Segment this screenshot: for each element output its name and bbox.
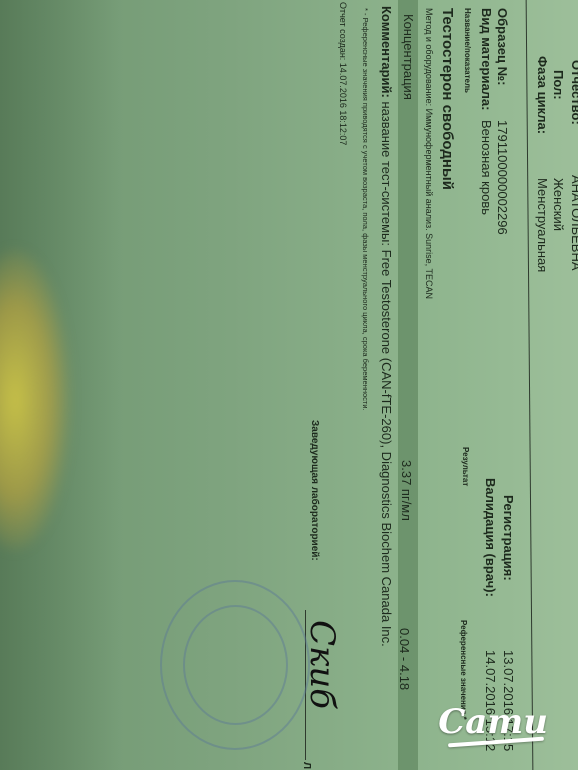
sample-number-label: Образец №: xyxy=(495,8,510,85)
signature-label: Заведующая лабораторией: xyxy=(309,420,320,561)
col-result-header: Результат xyxy=(461,447,470,486)
stamp-inner xyxy=(183,605,288,725)
camu-watermark: Camu xyxy=(438,702,548,742)
row-label: Концентрация xyxy=(401,14,416,100)
report-created: Отчет создан: 14.07.2016 18:12:07 xyxy=(338,2,348,145)
comment-label: Комментарий: xyxy=(379,6,394,98)
sex-label: Пол: xyxy=(551,70,566,100)
signature-trailing: Л xyxy=(301,762,312,769)
col-name-header: Название/показатель xyxy=(463,8,472,93)
reference-value: 0.04 - 4.18 xyxy=(397,628,412,690)
result-value: 3.37 пг/мл xyxy=(399,460,414,521)
sample-number-value: 1791100000002296 xyxy=(495,120,510,235)
cycle-phase-value: Менструальная xyxy=(535,178,550,272)
patronymic-label: Отчество: xyxy=(569,60,578,125)
validation-label: Валидация (врач): xyxy=(483,478,498,597)
material-label: Вид материала: xyxy=(479,8,494,111)
test-title: Тестостерон свободный xyxy=(439,8,456,190)
lab-report: Отчество: АНАТОЛЬЕВНА Пол: Женский Фаза … xyxy=(0,0,578,770)
material-value: Венозная кровь xyxy=(479,120,494,215)
registration-label: Регистрация: xyxy=(501,495,516,581)
footnote: * - Референсные значения приводятся с уч… xyxy=(361,8,370,411)
patronymic-value: АНАТОЛЬЕВНА xyxy=(569,175,578,271)
header-divider xyxy=(526,0,534,770)
cycle-phase-label: Фаза цикла: xyxy=(535,56,550,134)
test-method: Метод и оборудование: Иммуноферментный а… xyxy=(424,8,434,299)
sex-value: Женский xyxy=(551,178,566,231)
comment: Комментарий: название тест-системы: Free… xyxy=(379,6,394,647)
comment-text: название тест-системы: Free Testosterone… xyxy=(379,102,394,647)
